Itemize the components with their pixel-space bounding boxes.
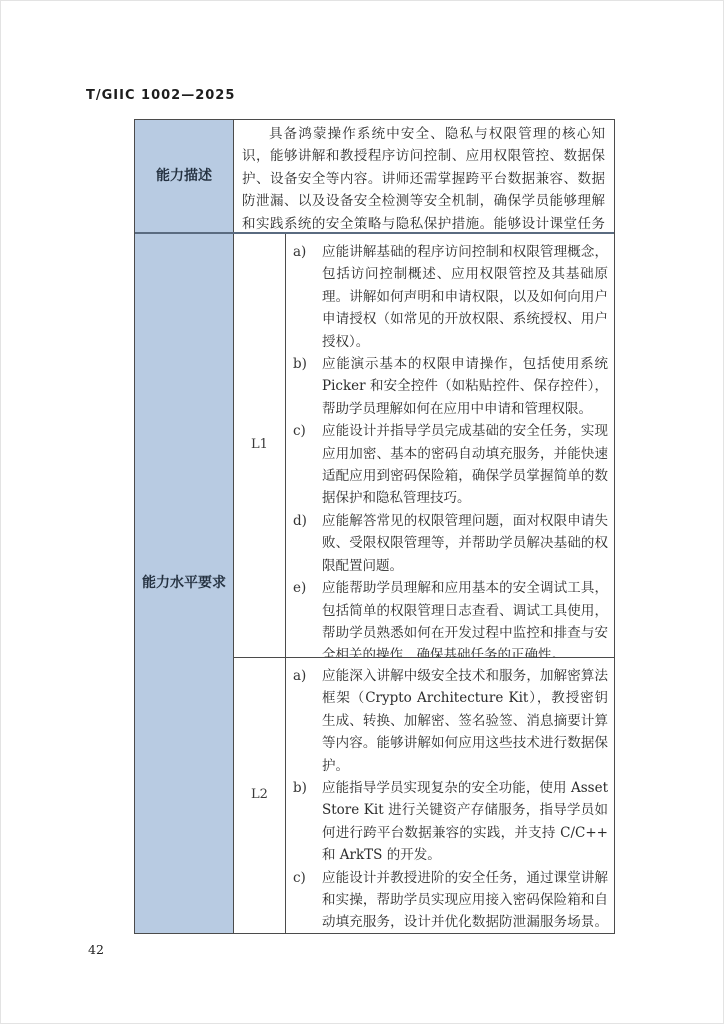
list-item-text: 应能演示基本的权限申请操作，包括使用系统 Picker 和安全控件（如粘贴控件、… [322,353,608,420]
list-item-text: 应能帮助学员理解和应用基本的安全调试工具，包括简单的权限管理日志查看、调试工具使… [322,577,608,657]
list-item-marker: d) [293,510,322,577]
list-item: a) 应能深入讲解中级安全技术和服务，加解密算法框架（Crypto Archit… [293,665,608,777]
list-item: c) 应能设计并指导学员完成基础的安全任务，实现应用加密、基本的密码自动填充服务… [293,420,608,510]
capability-description-row: 能力描述 具备鸿蒙操作系统中安全、隐私与权限管理的核心知识，能够讲解和教授程序访… [135,120,614,234]
level-row-l2: L2 a) 应能深入讲解中级安全技术和服务，加解密算法框架（Crypto Arc… [234,658,614,933]
level-row-l1: L1 a) 应能讲解基础的程序访问控制和权限管理概念，包括访问控制概述、应用权限… [234,234,614,658]
list-item: a) 应能讲解基础的程序访问控制和权限管理概念，包括访问控制概述、应用权限管控及… [293,241,608,353]
level-l1-cell: L1 [234,234,286,657]
list-item-text: 应能设计并教授进阶的安全任务，通过课堂讲解和实操，帮助学员实现应用接入密码保险箱… [322,867,608,933]
list-item: b) 应能指导学员实现复杂的安全功能，使用 Asset Store Kit 进行… [293,777,608,867]
level-l2-content: a) 应能深入讲解中级安全技术和服务，加解密算法框架（Crypto Archit… [286,658,614,933]
list-item: b) 应能演示基本的权限申请操作，包括使用系统 Picker 和安全控件（如粘贴… [293,353,608,420]
level-l1-content: a) 应能讲解基础的程序访问控制和权限管理概念，包括访问控制概述、应用权限管控及… [286,234,614,657]
capability-levels: L1 a) 应能讲解基础的程序访问控制和权限管理概念，包括访问控制概述、应用权限… [234,234,614,933]
list-item-marker: b) [293,353,322,420]
document-page: T/GIIC 1002—2025 能力描述 具备鸿蒙操作系统中安全、隐私与权限管… [0,0,724,1024]
list-item-marker: b) [293,777,322,867]
list-item-text: 应能解答常见的权限管理问题，面对权限申请失败、受限权限管理等，并帮助学员解决基础… [322,510,608,577]
list-item-marker: e) [293,577,322,657]
page-number: 42 [88,942,104,957]
list-item-text: 应能深入讲解中级安全技术和服务，加解密算法框架（Crypto Architect… [322,665,608,777]
capability-description-label: 能力描述 [135,120,234,232]
list-item-marker: a) [293,241,322,353]
list-item-marker: a) [293,665,322,777]
list-item: d) 应能解答常见的权限管理问题，面对权限申请失败、受限权限管理等，并帮助学员解… [293,510,608,577]
capability-requirements-label: 能力水平要求 [135,234,234,933]
capability-requirements-row: 能力水平要求 L1 a) 应能讲解基础的程序访问控制和权限管理概念，包括访问控制… [135,234,614,933]
list-item-text: 应能设计并指导学员完成基础的安全任务，实现应用加密、基本的密码自动填充服务，并能… [322,420,608,510]
list-item: c) 应能设计并教授进阶的安全任务，通过课堂讲解和实操，帮助学员实现应用接入密码… [293,867,608,933]
list-item-text: 应能讲解基础的程序访问控制和权限管理概念，包括访问控制概述、应用权限管控及其基础… [322,241,608,353]
level-l2-cell: L2 [234,658,286,933]
list-item: e) 应能帮助学员理解和应用基本的安全调试工具，包括简单的权限管理日志查看、调试… [293,577,608,657]
list-item-text: 应能指导学员实现复杂的安全功能，使用 Asset Store Kit 进行关键资… [322,777,608,867]
capability-description-cell: 具备鸿蒙操作系统中安全、隐私与权限管理的核心知识，能够讲解和教授程序访问控制、应… [234,120,614,232]
list-item-marker: c) [293,867,322,933]
list-item-marker: c) [293,420,322,510]
capability-description-text: 具备鸿蒙操作系统中安全、隐私与权限管理的核心知识，能够讲解和教授程序访问控制、应… [242,123,605,232]
capability-table: 能力描述 具备鸿蒙操作系统中安全、隐私与权限管理的核心知识，能够讲解和教授程序访… [134,119,615,934]
doc-code-header: T/GIIC 1002—2025 [86,88,235,103]
